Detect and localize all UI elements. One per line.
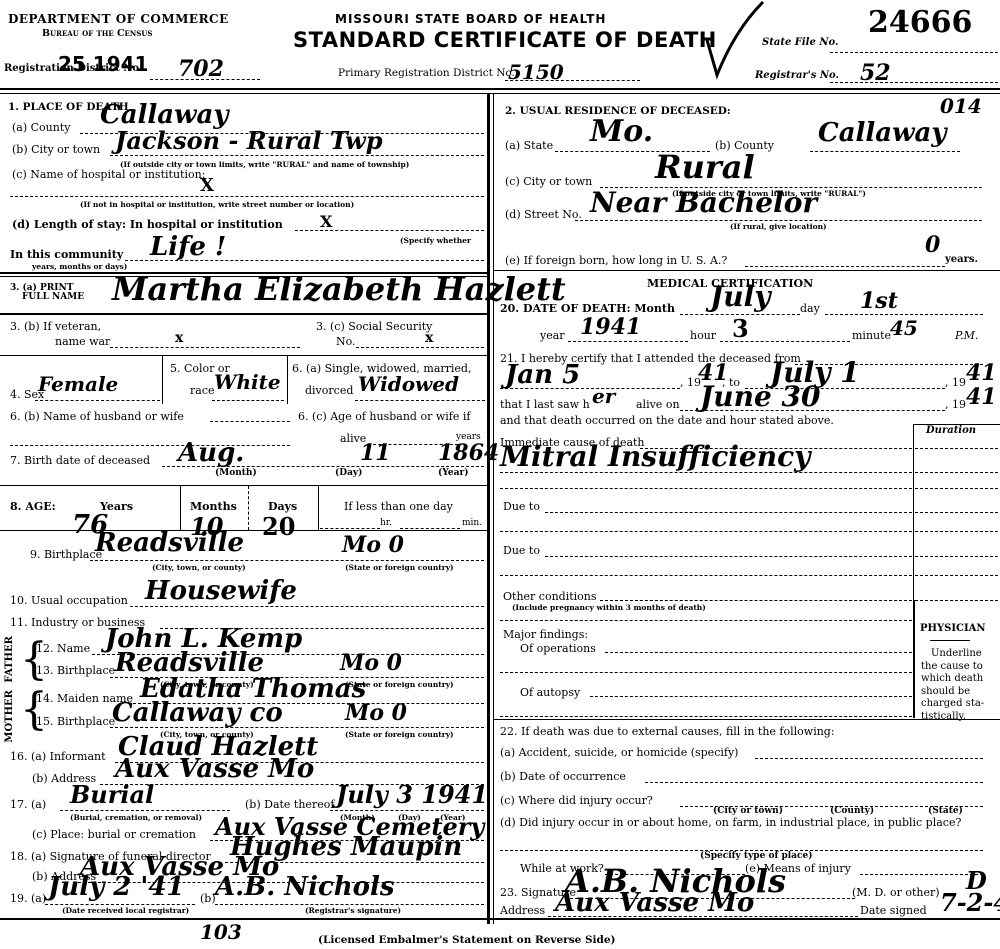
date-signed-value: 7-2-41	[940, 888, 1000, 917]
spouse-label: 6. (b) Name of husband or wife	[10, 410, 184, 423]
death-day-value: 1st	[860, 288, 898, 314]
age-min-label: min.	[462, 518, 482, 528]
mother-birthplace-label: 15. Birthplace	[36, 715, 115, 728]
mother-birthplace-city-value: Callaway co	[112, 698, 283, 728]
external-c-label: (c) Where did injury occur?	[500, 794, 653, 807]
father-birthplace-label: 13. Birthplace	[36, 664, 115, 677]
external-b-label: (b) Date of occurrence	[500, 770, 626, 783]
birth-year-note: (Year)	[438, 468, 468, 478]
registrar-date-value: July 2 '41	[48, 872, 185, 902]
community-label: In this community	[10, 248, 123, 261]
mother-side-label: MOTHER	[4, 690, 15, 743]
death-minute-label: minute	[852, 329, 891, 342]
occupation-label: 10. Usual occupation	[10, 594, 128, 607]
external-d-note: (Specify type of place)	[700, 851, 812, 861]
certificate-title: STANDARD CERTIFICATE OF DEATH	[293, 28, 717, 52]
burial-date-value: July 3 1941	[336, 780, 488, 809]
occupation-value: Housewife	[145, 576, 297, 606]
birthplace-state-value: Mo 0	[342, 532, 404, 558]
county-label: (a) County	[12, 121, 70, 134]
due-to-1-label: Due to	[503, 500, 540, 513]
residence-state-label: (a) State	[505, 139, 553, 152]
city-label: (b) City or town	[12, 143, 100, 156]
physician-heading: PHYSICIAN	[920, 623, 986, 634]
birth-day-note: (Day)	[335, 468, 362, 478]
findings-operations-label: Of operations	[520, 642, 596, 655]
mother-state-note: (State or foreign country)	[345, 730, 454, 739]
state-file-label: State File No.	[762, 37, 838, 48]
occurred-text: and that death occurred on the date and …	[500, 414, 834, 427]
registrar-label: Registrar's No.	[755, 70, 839, 81]
birthplace-city-value: Readsville	[95, 528, 244, 558]
residence-city-value: Rural	[655, 148, 755, 186]
last-saw-value: June 30	[700, 380, 821, 413]
residence-county-value: Callaway	[818, 118, 946, 148]
hospital-label: (c) Name of hospital or institution:	[12, 168, 205, 181]
burial-label: 17. (a)	[10, 798, 46, 811]
external-c-state-note: (State)	[928, 806, 963, 816]
veteran-label: 3. (b) If veteran,	[10, 320, 101, 333]
residence-street-note: (If rural, give location)	[730, 222, 827, 231]
residence-city-label: (c) City or town	[505, 175, 592, 188]
death-minute-value: 45	[890, 316, 918, 340]
bureau-heading: Bureau of the Census	[42, 28, 152, 39]
death-ampm-value: P.M.	[955, 329, 978, 342]
margin-mark: 103	[200, 920, 242, 944]
external-heading: 22. If death was due to external causes,…	[500, 725, 835, 738]
burial-note: (Burial, cremation, or removal)	[70, 813, 202, 822]
father-side-label: FATHER	[4, 636, 15, 683]
footer-note: (Licensed Embalmer's Statement on Revers…	[318, 934, 616, 946]
birth-date-label: 7. Birth date of deceased	[10, 454, 150, 467]
burial-date-label: (b) Date thereof	[245, 798, 334, 811]
external-c-city-note: (City or town)	[713, 806, 783, 816]
burial-place-label: (c) Place: burial or cremation	[32, 828, 196, 841]
community-value: Life !	[150, 232, 226, 262]
stay-label: (d) Length of stay: In hospital or insti…	[12, 218, 283, 231]
spouse-age-label: 6. (c) Age of husband or wife if	[298, 410, 470, 423]
sex-value: Female	[38, 372, 118, 396]
date-signed-label: Date signed	[860, 904, 927, 917]
age-label: 8. AGE:	[10, 500, 56, 513]
foreign-value: 0	[925, 232, 940, 258]
dept-heading: DEPARTMENT OF COMMERCE	[8, 12, 229, 26]
hospital-note: (If not in hospital or institution, writ…	[80, 200, 354, 209]
physician-address-value: Aux Vasse Mo	[555, 888, 754, 918]
other-conditions-note: (Include pregnancy within 3 months of de…	[512, 603, 706, 612]
hospital-value: X	[200, 175, 214, 196]
foreign-label: (e) If foreign born, how long in U. S. A…	[505, 254, 727, 267]
attended-to-year: 41	[966, 360, 997, 386]
residence-street-label: (d) Street No.	[505, 208, 582, 221]
physician-note: Underline the cause to which death shoul…	[921, 648, 999, 723]
ssn-no-label: No.	[336, 335, 356, 348]
death-month-value: July	[710, 280, 771, 313]
residence-code: 014	[940, 94, 982, 118]
duration-label: Duration	[926, 425, 976, 436]
birth-day-value: 11	[360, 440, 391, 466]
last-year-prefix: , 19	[945, 398, 966, 411]
mother-birthplace-state-value: Mo 0	[345, 700, 407, 726]
external-d-label: (d) Did injury occur in or about home, o…	[500, 816, 961, 829]
state-file-number: 24666	[868, 5, 972, 40]
last-saw-pronoun: er	[592, 384, 615, 408]
ssn-label: 3. (c) Social Security	[316, 320, 432, 333]
death-day-label: day	[800, 302, 820, 315]
findings-autopsy-label: Of autopsy	[520, 686, 580, 699]
birth-month-value: Aug.	[178, 438, 244, 468]
death-city-value: Jackson - Rural Twp	[115, 126, 383, 155]
primary-district-label: Primary Registration District No.	[338, 67, 515, 79]
attended-from-value: Jan 5	[505, 360, 580, 390]
birthplace-state-note: (State or foreign country)	[345, 563, 454, 572]
external-c-county-note: (County)	[830, 806, 874, 816]
veteran-war-label: name war	[55, 335, 110, 348]
to-year-prefix: , 19	[945, 376, 966, 389]
burial-value: Burial	[70, 780, 154, 809]
last-saw-label: that I last saw h	[500, 398, 590, 411]
birth-year-value: 1864	[438, 440, 499, 466]
md-label: (M. D. or other)	[852, 886, 940, 899]
ssn-value: x	[425, 330, 433, 346]
foreign-unit: years.	[945, 254, 978, 265]
registrar-signature: A.B. Nichols	[215, 872, 395, 902]
last-saw-year: 41	[966, 384, 997, 410]
age-less-label: If less than one day	[344, 500, 453, 513]
age-days-value: 20	[262, 512, 295, 541]
marital-value: Widowed	[358, 372, 459, 396]
external-a-label: (a) Accident, suicide, or homicide (spec…	[500, 746, 738, 759]
alive-on-label: alive on	[636, 398, 680, 411]
findings-label: Major findings:	[503, 628, 588, 641]
physician-address-label: Address	[500, 904, 545, 917]
filed-date-stamp: 25 1941	[58, 52, 148, 76]
death-year-value: 1941	[580, 314, 641, 340]
residence-street-value: Near Bachelor	[590, 186, 817, 219]
death-hour-label: hour	[690, 329, 716, 342]
board-heading: MISSOURI STATE BOARD OF HEALTH	[335, 12, 606, 26]
registrar-date-label: 19. (a)	[10, 892, 46, 905]
father-birthplace-state-value: Mo 0	[340, 650, 402, 676]
full-name-value: Martha Elizabeth Hazlett	[112, 270, 566, 308]
due-to-2-label: Due to	[503, 544, 540, 557]
stay-note: (Specify whether	[400, 236, 471, 245]
registrar-date-note: (Date received local registrar)	[62, 906, 189, 915]
age-hr-label: hr.	[380, 518, 392, 528]
race-value: White	[214, 370, 281, 394]
father-name-label: 12. Name	[36, 642, 90, 655]
veteran-value: x	[175, 330, 183, 346]
other-conditions-label: Other conditions	[503, 590, 597, 603]
birthplace-city-note: (City, town, or county)	[152, 563, 246, 572]
birth-month-note: (Month)	[215, 468, 257, 478]
cause-value: Mitral Insufficiency	[500, 440, 810, 473]
registrar-sig-label: (b)	[200, 892, 216, 905]
full-name-label-b: FULL NAME	[22, 292, 84, 302]
informant-label: 16. (a) Informant	[10, 750, 106, 763]
death-year-label: year	[540, 329, 565, 342]
death-hour-value: 3	[732, 314, 749, 343]
registrar-sig-note: (Registrar's signature)	[305, 906, 401, 915]
checkmark-icon	[705, 0, 765, 80]
stay-hospital-value: X	[320, 212, 332, 231]
race-race-label: race	[190, 384, 215, 397]
marital-divorced-label: divorced	[305, 384, 353, 397]
residence-state-value: Mo.	[590, 114, 653, 149]
